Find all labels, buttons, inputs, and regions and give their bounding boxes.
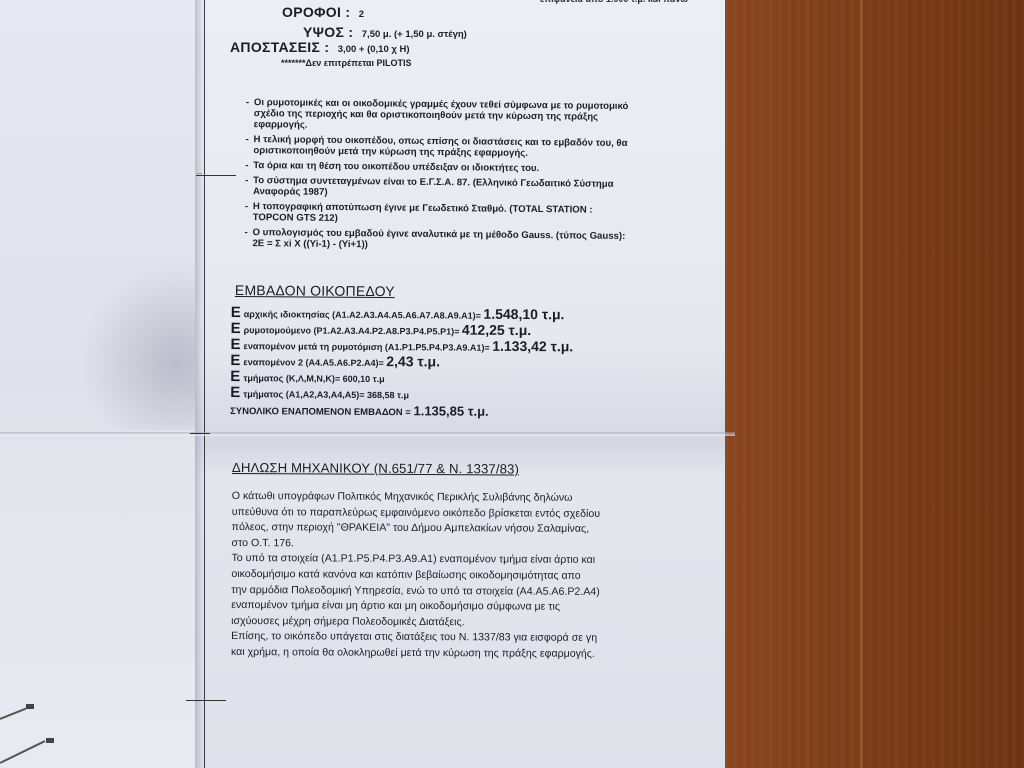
area-label: τμήματος (Κ,Λ,Μ,Ν,Κ)= 600,10 τ.μ: [243, 373, 384, 384]
note-text: Τα όρια και τη θέση του οικοπέδου υπέδει…: [253, 160, 539, 174]
paper-shadow: [80, 260, 200, 430]
param-floors: ΟΡΟΦΟΙ : 2: [282, 4, 364, 22]
engineer-declaration: ΔΗΛΩΣΗ ΜΗΧΑΝΙΚΟΥ (Ν.651/77 & Ν. 1337/83)…: [231, 460, 652, 663]
note-item: -Το σύστημα συντεταγμένων είναι το Ε.Γ.Σ…: [245, 175, 635, 201]
declaration-title: ΔΗΛΩΣΗ ΜΗΧΑΝΙΚΟΥ (Ν.651/77 & Ν. 1337/83): [232, 460, 652, 477]
note-text: Η τελική μορφή του οικοπέδου, οπως επίση…: [253, 134, 627, 159]
declaration-text: Ο κάτωθι υπογράφων Πολιτικός Μηχανικός Π…: [231, 489, 652, 663]
left-paper-sheet: [0, 0, 200, 768]
note-item: -Η τοπογραφική αποτύπωση έγινε με Γεωδετ…: [245, 201, 635, 227]
note-item: -Ο υπολογισμός του εμβαδού έγινε αναλυτι…: [244, 227, 634, 253]
declaration-line: πόλεος, στην περιοχή "ΘΡΑΚΕΙΑ" του Δήμου…: [232, 520, 652, 538]
area-rows: Εαρχικής ιδιοκτησίας (Α1.Α2.Α3.Α4.Α5.Α6.…: [230, 304, 651, 403]
note-text: Οι ρυμοτομικές και οι οικοδομικές γραμμέ…: [254, 97, 629, 131]
declaration-line: Ο κάτωθι υπογράφων Πολιτικός Μηχανικός Π…: [232, 489, 652, 507]
area-symbol: Ε: [231, 320, 241, 337]
note-text: Ο υπολογισμός του εμβαδού έγινε αναλυτικ…: [252, 227, 625, 250]
area-row: Ετμήματος (Α1,Α2,Α3,Α4,Α5)= 368,58 τ.μ: [230, 384, 650, 403]
drawing-frame-line: [204, 0, 205, 768]
total-area-label: ΣΥΝΟΛΙΚΟ ΕΝΑΠΟΜΕΝΟΝ ΕΜΒΑΔΟΝ =: [230, 406, 411, 418]
area-label: τμήματος (Α1,Α2,Α3,Α4,Α5)= 368,58 τ.μ: [243, 389, 409, 400]
declaration-line: και χρήμα, η οποία θα ολοκληρωθεί μετά τ…: [231, 645, 651, 663]
wooden-table-background: [720, 0, 1024, 768]
leader-tag: [46, 738, 54, 743]
grid-tick: [186, 700, 226, 701]
param-label: ΥΨΟΣ :: [303, 24, 353, 40]
area-value: 412,25 τ.μ.: [462, 322, 531, 338]
declaration-line: εναπομένον τμήμα είναι μη άρτιο και μη ο…: [231, 598, 651, 616]
area-section-title: ΕΜΒΑΔΟΝ ΟΙΚΟΠΕΔΟΥ: [235, 282, 651, 301]
note-item: -Τα όρια και τη θέση του οικοπέδου υπέδε…: [245, 160, 635, 175]
plot-area-section: ΕΜΒΑΔΟΝ ΟΙΚΟΠΕΔΟΥ Εαρχικής ιδιοκτησίας (…: [230, 282, 651, 420]
area-symbol: Ε: [231, 304, 241, 321]
horizontal-fold: [0, 432, 735, 436]
area-symbol: Ε: [230, 352, 240, 369]
grid-tick-label: —: [197, 171, 202, 177]
note-item: -Η τελική μορφή του οικοπέδου, οπως επίσ…: [245, 134, 635, 160]
note-text: Το σύστημα συντεταγμένων είναι το Ε.Γ.Σ.…: [253, 175, 614, 198]
declaration-line: οικοδομήσιμο κατά κανόνα και κατόπιν βεβ…: [231, 567, 651, 585]
notes-list: -Οι ρυμοτομικές και οι οικοδομικές γραμμ…: [244, 97, 636, 257]
area-label: αρχικής ιδιοκτησίας (Α1.Α2.Α3.Α4.Α5.Α6.Α…: [244, 309, 481, 321]
param-value: 3,00 + (0,10 χ Η): [338, 44, 410, 55]
param-value: 2: [359, 9, 364, 20]
area-value: 1.133,42 τ.μ.: [492, 338, 573, 355]
grid-tick: [190, 433, 210, 434]
note-item: -Οι ρυμοτομικές και οι οικοδομικές γραμμ…: [246, 97, 636, 134]
area-value: 1.548,10 τ.μ.: [483, 306, 564, 323]
param-label: ΑΠΟΣΤΑΣΕΙΣ :: [230, 39, 329, 55]
area-symbol: Ε: [230, 368, 240, 385]
total-area-value: 1.135,85 τ.μ.: [413, 403, 488, 419]
note-text: Η τοπογραφική αποτύπωση έγινε με Γεωδετι…: [253, 201, 593, 224]
leader-line: [0, 708, 26, 720]
param-label: ΟΡΟΦΟΙ :: [282, 4, 350, 20]
pilotis-note: *******Δεν επιτρέπεται PILOTIS: [281, 58, 412, 68]
param-distances: ΑΠΟΣΤΑΣΕΙΣ : 3,00 + (0,10 χ Η): [230, 39, 410, 57]
area-symbol: Ε: [231, 336, 241, 353]
top-cut-text: επιφάνεια από 1.000 τ.μ. και πάνω: [540, 0, 688, 4]
area-label: ρυμοτομούμενο (Ρ1.Α2.Α3.Α4.Ρ2.Α8.Ρ3.Ρ4.Ρ…: [244, 325, 460, 337]
leader-line: [0, 740, 45, 764]
area-value: 2,43 τ.μ.: [386, 353, 440, 369]
area-symbol: Ε: [230, 384, 240, 401]
area-label: εναπομένον 2 (Α4.Α5.Α6.Ρ2.Α4)=: [243, 357, 383, 368]
grid-tick: [196, 175, 236, 176]
leader-tag: [26, 704, 34, 709]
total-area: ΣΥΝΟΛΙΚΟ ΕΝΑΠΟΜΕΝΟΝ ΕΜΒΑΔΟΝ = 1.135,85 τ…: [230, 402, 650, 420]
area-label: εναπομένον μετά τη ρυμοτόμιση (Α1.Ρ1.Ρ5.…: [244, 341, 490, 353]
